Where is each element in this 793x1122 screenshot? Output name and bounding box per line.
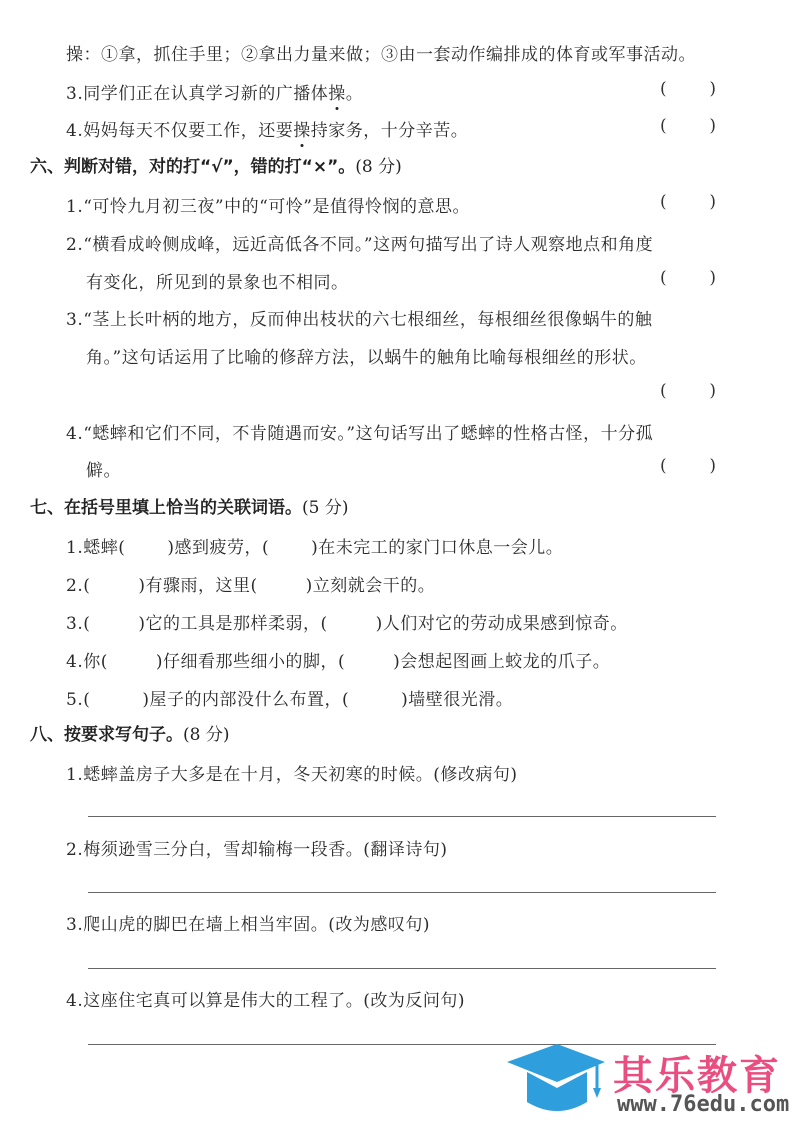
bracket-open: ( (660, 192, 667, 212)
fill-text: )人们对它的劳动成果感到惊奇。 (376, 614, 628, 634)
emphasized-char: 操 (328, 84, 346, 104)
answer-bracket[interactable]: () (660, 268, 716, 288)
watermark-logo: 其乐教育 www.76edu.com (505, 1040, 790, 1120)
answer-bracket[interactable]: () (660, 79, 716, 99)
answer-bracket[interactable]: () (660, 381, 716, 401)
bracket-close: ) (709, 456, 716, 476)
bracket-open: ( (660, 381, 667, 401)
section-title: 六、判断对错，对的打“√”，错的打“×”。 (30, 157, 355, 177)
fill-text: )屋子的内部没什么布置，( (142, 690, 349, 710)
rewrite-item-1: 1.蟋蟀盖房子大多是在十月，冬天初寒的时候。(修改病句) (66, 760, 517, 785)
fill-text: )在未完工的家门口休息一会儿。 (311, 538, 563, 558)
section-points: (5 分) (302, 498, 348, 518)
section-title: 七、在括号里填上恰当的关联词语。 (30, 498, 302, 518)
emphasized-char: 操 (293, 121, 311, 141)
question-text-end: 。 (346, 84, 364, 104)
bracket-close: ) (709, 381, 716, 401)
rewrite-item-3: 3.爬山虎的脚巴在墙上相当牢固。(改为感叹句) (66, 910, 430, 935)
question-text: 4.妈妈每天不仅要工作，还要 (66, 121, 293, 141)
bracket-close: ) (709, 116, 716, 136)
judge-item-3-line1: 3.“茎上长叶柄的地方，反而伸出枝状的六七根细丝，每根细丝很像蜗牛的触 (66, 305, 652, 330)
section-7-heading: 七、在括号里填上恰当的关联词语。(5 分) (30, 493, 348, 518)
bracket-open: ( (660, 79, 667, 99)
bracket-close: ) (709, 79, 716, 99)
section-points: (8 分) (355, 157, 401, 177)
fill-item-3[interactable]: 3.()它的工具是那样柔弱，()人们对它的劳动成果感到惊奇。 (66, 609, 628, 634)
question-text-end: 持家务，十分辛苦。 (311, 121, 469, 141)
bracket-open: ( (660, 268, 667, 288)
fill-text: )会想起图画上蛟龙的爪子。 (393, 652, 610, 672)
judge-item-2-line1: 2.“横看成岭侧成峰，远近高低各不同。”这两句描写出了诗人观察地点和角度 (66, 230, 653, 255)
fill-text: )它的工具是那样柔弱，( (138, 614, 327, 634)
fill-text: )有骤雨，这里( (138, 576, 257, 596)
answer-line[interactable] (88, 892, 716, 893)
fill-item-5[interactable]: 5.()屋子的内部没什么布置，()墙壁很光滑。 (66, 685, 513, 710)
bracket-open: ( (660, 456, 667, 476)
judge-item-4-line1: 4.“蟋蟀和它们不同，不肯随遇而安。”这句话写出了蟋蟀的性格古怪，十分孤 (66, 419, 653, 444)
fill-item-2[interactable]: 2.()有骤雨，这里()立刻就会干的。 (66, 571, 435, 596)
judge-item-2-line2: 有变化，所见到的景象也不相同。 (86, 268, 349, 293)
fill-text: 1.蟋蟀( (66, 538, 125, 558)
question-text: 3.同学们正在认真学习新的广播体 (66, 84, 328, 104)
fill-item-1[interactable]: 1.蟋蟀()感到疲劳，()在未完工的家门口休息一会儿。 (66, 533, 563, 558)
question-item-4: 4.妈妈每天不仅要工作，还要操持家务，十分辛苦。 (66, 116, 468, 141)
fill-text: 3.( (66, 614, 90, 634)
judge-item-1: 1.“可怜九月初三夜”中的“可怜”是值得怜悯的意思。 (66, 192, 470, 217)
judge-item-3-line2: 角。”这句话运用了比喻的修辞方法，以蜗牛的触角比喻每根细丝的形状。 (86, 343, 647, 368)
fill-text: 2.( (66, 576, 90, 596)
answer-line[interactable] (88, 816, 716, 817)
graduation-cap-icon (505, 1040, 610, 1120)
section-title: 八、按要求写句子。 (30, 725, 183, 745)
question-item-3: 3.同学们正在认真学习新的广播体操。 (66, 79, 363, 104)
answer-bracket[interactable]: () (660, 116, 716, 136)
judge-item-4-line2: 僻。 (86, 456, 121, 481)
brand-url: www.76edu.com (617, 1092, 789, 1117)
bracket-close: ) (709, 192, 716, 212)
definition-line: 操：①拿，抓住手里；②拿出力量来做；③由一套动作编排成的体育或军事活动。 (66, 40, 696, 65)
fill-text: 4.你( (66, 652, 108, 672)
section-8-heading: 八、按要求写句子。(8 分) (30, 720, 229, 745)
fill-text: 5.( (66, 690, 90, 710)
bracket-close: ) (709, 268, 716, 288)
section-points: (8 分) (183, 725, 229, 745)
answer-bracket[interactable]: () (660, 192, 716, 212)
fill-text: )感到疲劳，( (167, 538, 269, 558)
fill-text: )立刻就会干的。 (306, 576, 436, 596)
fill-text: )仔细看那些细小的脚，( (156, 652, 345, 672)
section-6-heading: 六、判断对错，对的打“√”，错的打“×”。(8 分) (30, 152, 402, 177)
rewrite-item-2: 2.梅须逊雪三分白，雪却输梅一段香。(翻译诗句) (66, 835, 447, 860)
answer-bracket[interactable]: () (660, 456, 716, 476)
fill-text: )墙壁很光滑。 (401, 690, 513, 710)
bracket-open: ( (660, 116, 667, 136)
answer-line[interactable] (88, 968, 716, 969)
rewrite-item-4: 4.这座住宅真可以算是伟大的工程了。(改为反问句) (66, 986, 465, 1011)
fill-item-4[interactable]: 4.你()仔细看那些细小的脚，()会想起图画上蛟龙的爪子。 (66, 647, 610, 672)
